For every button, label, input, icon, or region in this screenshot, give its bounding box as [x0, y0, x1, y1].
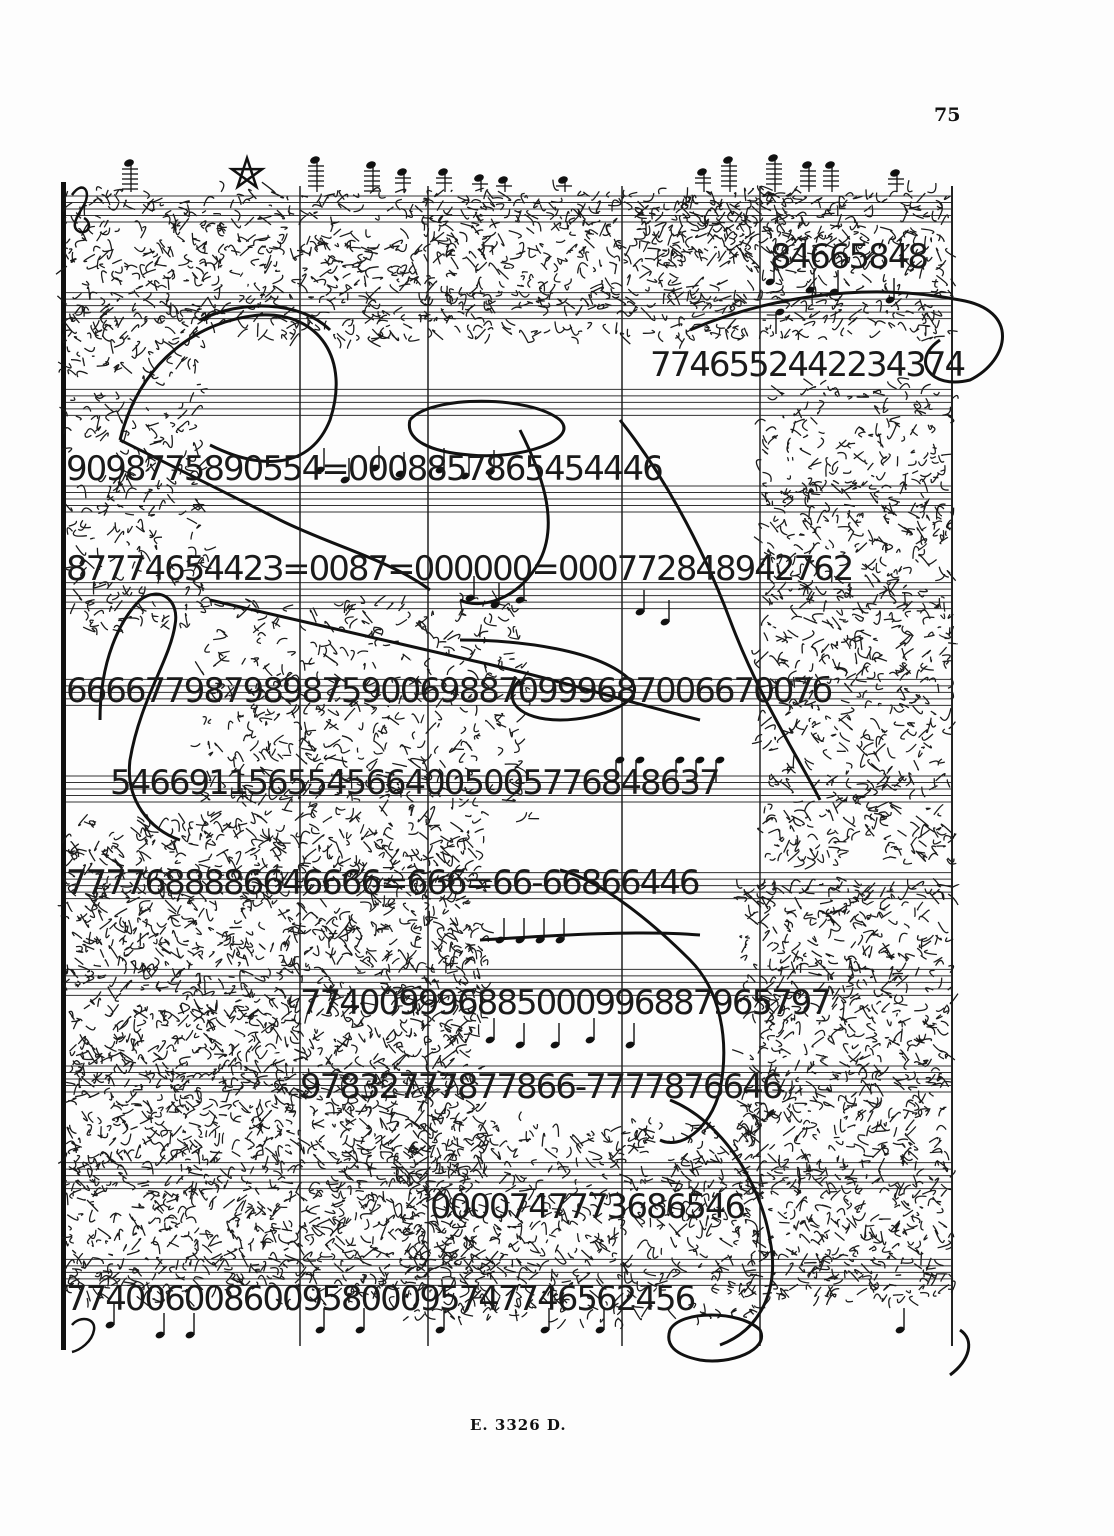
number-row: 9098775890554=0008857865454446	[66, 452, 662, 486]
number-row: 0000747773686546	[430, 1190, 744, 1224]
number-row: 5466911565545664005005776848637	[110, 766, 719, 800]
number-row: 8777465442З=0087=000000=000772848942762	[66, 552, 852, 586]
number-row: 97832777877866-7777876646	[300, 1070, 781, 1104]
plate-number: E. 3326 D.	[470, 1416, 567, 1434]
number-row: 77400600860095800095747746562456	[66, 1282, 694, 1316]
number-row: 66667798798987590069887099968700667007б	[66, 674, 831, 708]
number-row: 7777688886646666=666=66-66866446	[66, 866, 699, 900]
number-row: 774009996885000996887965797	[300, 986, 830, 1020]
number-row: 7746552442234374	[650, 348, 964, 382]
score-page: 75 8466584877465524422343749098775890554…	[0, 0, 1114, 1536]
number-row: 84665848	[770, 240, 927, 274]
star-icon	[232, 158, 262, 187]
